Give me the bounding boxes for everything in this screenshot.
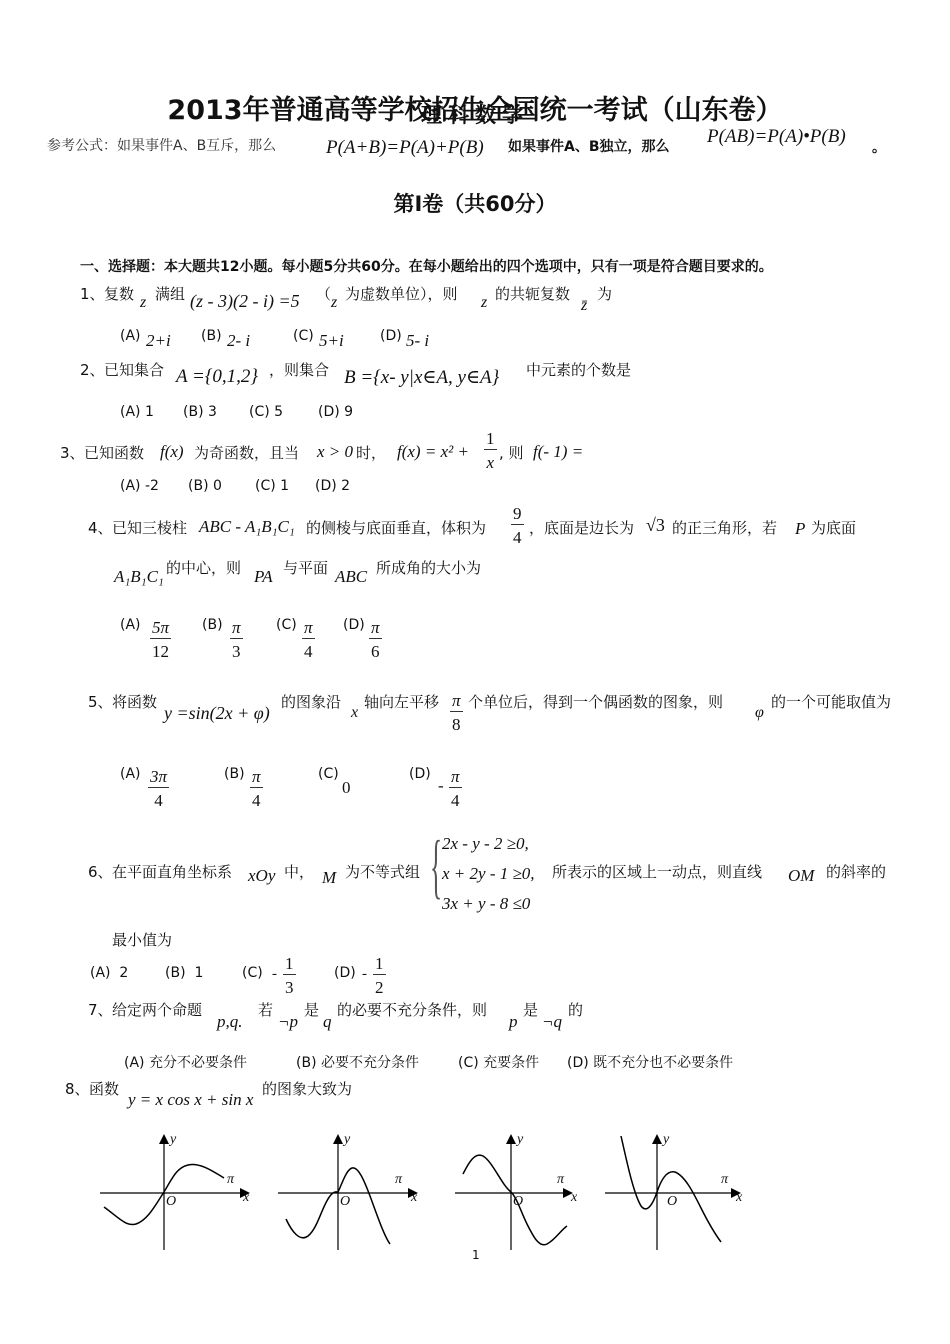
pi-label: π [721, 1172, 728, 1188]
q-text: 的 [568, 999, 583, 1020]
option-d[interactable]: (D) [380, 328, 402, 344]
q-math: y = x cos x + sin x [128, 1090, 253, 1110]
option-b-value: π3 [230, 619, 243, 660]
q-math: x [351, 704, 358, 722]
graph-c-plot [455, 1132, 615, 1252]
option-b[interactable]: (B) [201, 328, 222, 344]
question-number: 7、 [88, 999, 113, 1020]
pi-label: π [557, 1172, 564, 1188]
q-text: 中， [284, 861, 314, 882]
q-math: OM [788, 866, 814, 886]
option-c[interactable]: (C) [276, 617, 297, 633]
q-text: 的中心，则 [166, 557, 241, 578]
q-math: √3 [646, 515, 665, 536]
pi-label: π [227, 1172, 234, 1188]
q-text: 所成角的大小为 [376, 557, 481, 578]
section-instructions: 一、选择题：本大题共12小题。每小题5分共60分。在每小题给出的四个选项中，只有… [80, 256, 773, 276]
q-math: A₁B₁C₁ [114, 567, 164, 587]
q-text: 轴向左平移 [364, 691, 439, 712]
q-text: , 则 [499, 442, 524, 463]
option-b[interactable]: (B) [202, 617, 223, 633]
graph-option-c[interactable]: y x O π [455, 1132, 615, 1252]
q-text: 的斜率的 [826, 861, 886, 882]
q-text: 的必要不充分条件，则 [337, 999, 487, 1020]
y-axis-label: y [663, 1132, 669, 1148]
pi-label: π [395, 1172, 402, 1188]
option-a[interactable]: (A) -2 [120, 478, 159, 494]
q-text: 的一个可能取值为 [771, 691, 891, 712]
q-text: 为奇函数，且当 [194, 442, 299, 463]
option-b[interactable]: (B) 1 [165, 965, 203, 981]
option-b[interactable]: (B) 3 [183, 404, 217, 420]
option-a[interactable]: (A) 2 [90, 965, 128, 981]
origin-label: O [340, 1194, 350, 1210]
option-d[interactable]: (D) [334, 965, 356, 981]
q-text: 时， [356, 442, 386, 463]
q-text: 若 [258, 999, 273, 1020]
q-math: z [331, 294, 337, 312]
option-d[interactable]: (D) 既不充分也不必要条件 [567, 1052, 733, 1072]
q-text: 函数 [89, 1078, 119, 1099]
q-text: 将函数 [112, 691, 157, 712]
q-text: 的共轭复数 [495, 283, 570, 304]
q-text: 的图象大致为 [262, 1078, 352, 1099]
fraction: π8 [450, 692, 463, 733]
q-math: φ [755, 704, 764, 722]
q-math: ABC [335, 567, 367, 587]
option-d-value: π6 [369, 619, 382, 660]
option-d[interactable]: (D) 2 [315, 478, 350, 494]
option-b[interactable]: (B) 必要不充分条件 [296, 1052, 419, 1072]
option-a[interactable]: (A) 充分不必要条件 [124, 1052, 247, 1072]
option-a[interactable]: (A) 1 [120, 404, 154, 420]
q-math: f(- 1) = [533, 442, 583, 462]
q-math: ¬p [278, 1012, 298, 1032]
option-d-sign: - [438, 776, 444, 796]
q-math: ¬q [542, 1012, 562, 1032]
y-axis-label: y [170, 1132, 176, 1148]
brace: { [430, 830, 442, 902]
option-a-value: 3π4 [148, 768, 169, 809]
option-b-value: 2- i [227, 331, 250, 351]
formula-end: 。 [872, 137, 886, 157]
q-text: 已知函数 [84, 442, 144, 463]
formula-1: P(A+B)=P(A)+P(B) [326, 137, 484, 159]
option-a-value: 5π12 [150, 619, 171, 660]
option-b[interactable]: (B) [224, 766, 245, 782]
question-number: 1、 [80, 283, 105, 304]
question-number: 3、 [60, 442, 85, 463]
q-text: （ [316, 283, 331, 304]
option-d-value: 5- i [406, 331, 429, 351]
option-c-value: 13 [283, 955, 296, 996]
q-math: A ={0,1,2} [176, 366, 258, 388]
q-text: 是 [523, 999, 538, 1020]
formula-prefix: 参考公式：如果事件A、B互斥，那么 [47, 135, 276, 155]
inequality-2: x + 2y - 1 ≥0, [442, 864, 535, 884]
q-text: 复数 [104, 283, 134, 304]
q-text: 最小值为 [112, 929, 172, 950]
q-math: q [323, 1012, 332, 1032]
graph-option-b[interactable]: y x O π [278, 1132, 438, 1252]
q-math: (z - 3)(2 - i) =5 [190, 291, 300, 312]
q-math: ABC - A₁B₁C₁ [199, 517, 295, 537]
q-text: 与平面 [283, 557, 328, 578]
option-c[interactable]: (C) 1 [255, 478, 289, 494]
option-a[interactable]: (A) [120, 766, 141, 782]
x-axis-label: x [736, 1190, 742, 1206]
q-math: f(x) [160, 442, 184, 462]
option-a[interactable]: (A) [120, 328, 141, 344]
y-axis-label: y [517, 1132, 523, 1148]
graph-option-d[interactable]: y x O π [605, 1132, 765, 1252]
question-number: 8、 [65, 1078, 90, 1099]
formula-2: P(AB)=P(A)•P(B) [707, 126, 846, 148]
q-text: 为底面 [811, 517, 856, 538]
q-text: ，则集合 [269, 359, 329, 380]
option-d-sign: - [362, 966, 367, 983]
q-math: x > 0 [317, 442, 353, 462]
option-c-sign: - [272, 966, 277, 983]
q-math: p,q. [217, 1012, 243, 1032]
fraction: 1x [484, 430, 497, 471]
q-math: f(x) = x² + [397, 442, 469, 462]
origin-label: O [667, 1194, 677, 1210]
option-c-value: π4 [302, 619, 315, 660]
q-math: PA [254, 567, 273, 587]
question-number: 5、 [88, 691, 113, 712]
q-text: 的侧棱与底面垂直，体积为 [306, 517, 486, 538]
q-text: 为不等式组 [345, 861, 420, 882]
inequality-3: 3x + y - 8 ≤0 [442, 894, 530, 914]
q-text: 的正三角形，若 [672, 517, 777, 538]
graph-a-plot [100, 1132, 260, 1252]
q-text: 所表示的区域上一动点，则直线 [552, 861, 762, 882]
q-text: 满组 [155, 283, 185, 304]
option-c[interactable]: (C) 5 [249, 404, 283, 420]
q-text: 已知集合 [104, 359, 164, 380]
question-number: 2、 [80, 359, 105, 380]
formula-mid: 如果事件A、B独立，那么 [508, 136, 670, 156]
option-c[interactable]: (C) [318, 766, 339, 782]
q-text: 是 [304, 999, 319, 1020]
x-axis-label: x [243, 1190, 249, 1206]
q-math: P [795, 519, 805, 539]
q-text: ，底面是边长为 [529, 517, 634, 538]
q-text: 给定两个命题 [112, 999, 202, 1020]
q-math: M [322, 868, 336, 888]
q-text: 个单位后，得到一个偶函数的图象，则 [468, 691, 723, 712]
q-text: 为虚数单位），则 [345, 283, 458, 304]
option-a-value: 2+i [146, 331, 171, 351]
section-title: 第Ⅰ卷（共60分） [0, 188, 950, 218]
option-d[interactable]: (D) 9 [318, 404, 353, 420]
y-axis-label: y [344, 1132, 350, 1148]
option-c-value: 0 [342, 778, 351, 798]
page-number: 1 [472, 1248, 480, 1262]
origin-label: O [513, 1194, 523, 1210]
question-number: 4、 [88, 517, 113, 538]
option-c-value: 5+i [319, 331, 344, 351]
origin-label: O [166, 1194, 176, 1210]
q-math: y =sin(2x + φ) [164, 703, 270, 724]
q-text: 中元素的个数是 [526, 359, 631, 380]
question-number: 6、 [88, 861, 113, 882]
q-text: 在平面直角坐标系 [112, 861, 232, 882]
q-math: z̄ [581, 297, 587, 315]
q-math: z [481, 294, 487, 312]
option-b[interactable]: (B) 0 [188, 478, 222, 494]
option-c[interactable]: (C) [242, 965, 263, 981]
x-axis-label: x [411, 1190, 417, 1206]
option-c[interactable]: (C) 充要条件 [458, 1052, 539, 1072]
q-math: p [509, 1012, 518, 1032]
q-text: 为 [597, 283, 612, 304]
q-math: z [140, 294, 146, 312]
option-b-value: π4 [250, 768, 263, 809]
option-d-value: π4 [449, 768, 462, 809]
option-d[interactable]: (D) [343, 617, 365, 633]
q-text: 的图象沿 [281, 691, 341, 712]
fraction: 94 [511, 505, 524, 546]
x-axis-label: x [571, 1190, 577, 1206]
option-a[interactable]: (A) [120, 617, 141, 633]
q-text: 已知三棱柱 [112, 517, 187, 538]
q-math: B ={x- y|x∈A, y∈A} [344, 366, 499, 389]
inequality-1: 2x - y - 2 ≥0, [442, 834, 529, 854]
q-math: xOy [248, 866, 275, 886]
option-c[interactable]: (C) [293, 328, 314, 344]
graph-option-a[interactable]: y x O π [100, 1132, 260, 1252]
option-d-value: 12 [373, 955, 386, 996]
option-d[interactable]: (D) [409, 766, 431, 782]
exam-subtitle: 理科数学 [0, 99, 950, 129]
